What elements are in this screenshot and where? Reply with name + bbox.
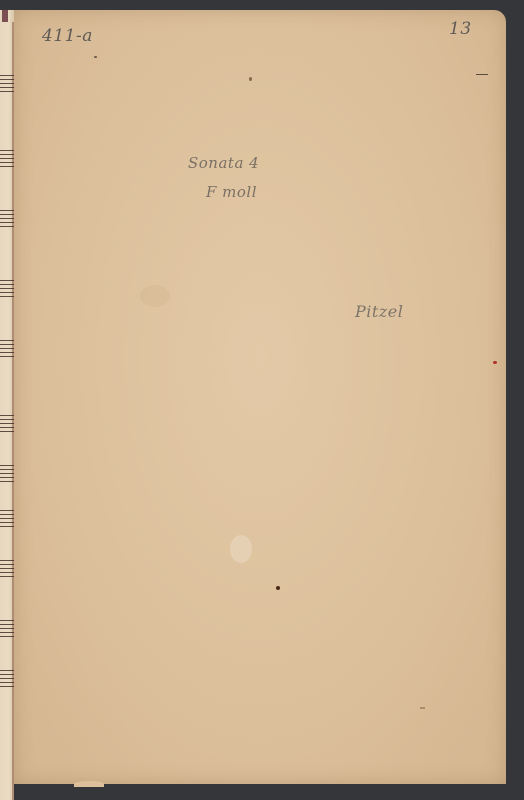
paper-stain — [230, 535, 252, 563]
margin-dash-mark — [476, 74, 488, 75]
music-staff — [0, 510, 14, 530]
page-edge-tear — [74, 781, 104, 787]
music-staff — [0, 340, 14, 360]
music-staff — [0, 560, 14, 580]
ink-speck — [249, 77, 252, 81]
shelfmark-label: 411-a — [42, 26, 93, 46]
music-staff — [0, 75, 14, 95]
binding-spine-adjacent-page — [0, 10, 14, 800]
manuscript-scan: 411-a 13 Sonata 4 F moll Pitzel — [0, 0, 524, 800]
music-staff — [0, 280, 14, 300]
name-annotation: Pitzel — [355, 302, 403, 321]
music-staff — [0, 415, 14, 435]
ink-speck — [94, 56, 97, 58]
folio-number: 13 — [449, 19, 472, 39]
manuscript-page — [14, 10, 506, 784]
music-staff — [0, 620, 14, 640]
music-staff — [0, 210, 14, 230]
title-line-2: F moll — [206, 183, 257, 201]
ink-speck — [276, 586, 280, 590]
paper-stain — [140, 285, 170, 307]
music-staff — [0, 670, 14, 690]
music-staff — [0, 465, 14, 485]
red-speck — [493, 361, 497, 364]
bottom-pencil-mark — [420, 707, 425, 719]
spine-tab — [2, 10, 8, 22]
music-staff — [0, 150, 14, 170]
title-line-1: Sonata 4 — [188, 154, 259, 172]
